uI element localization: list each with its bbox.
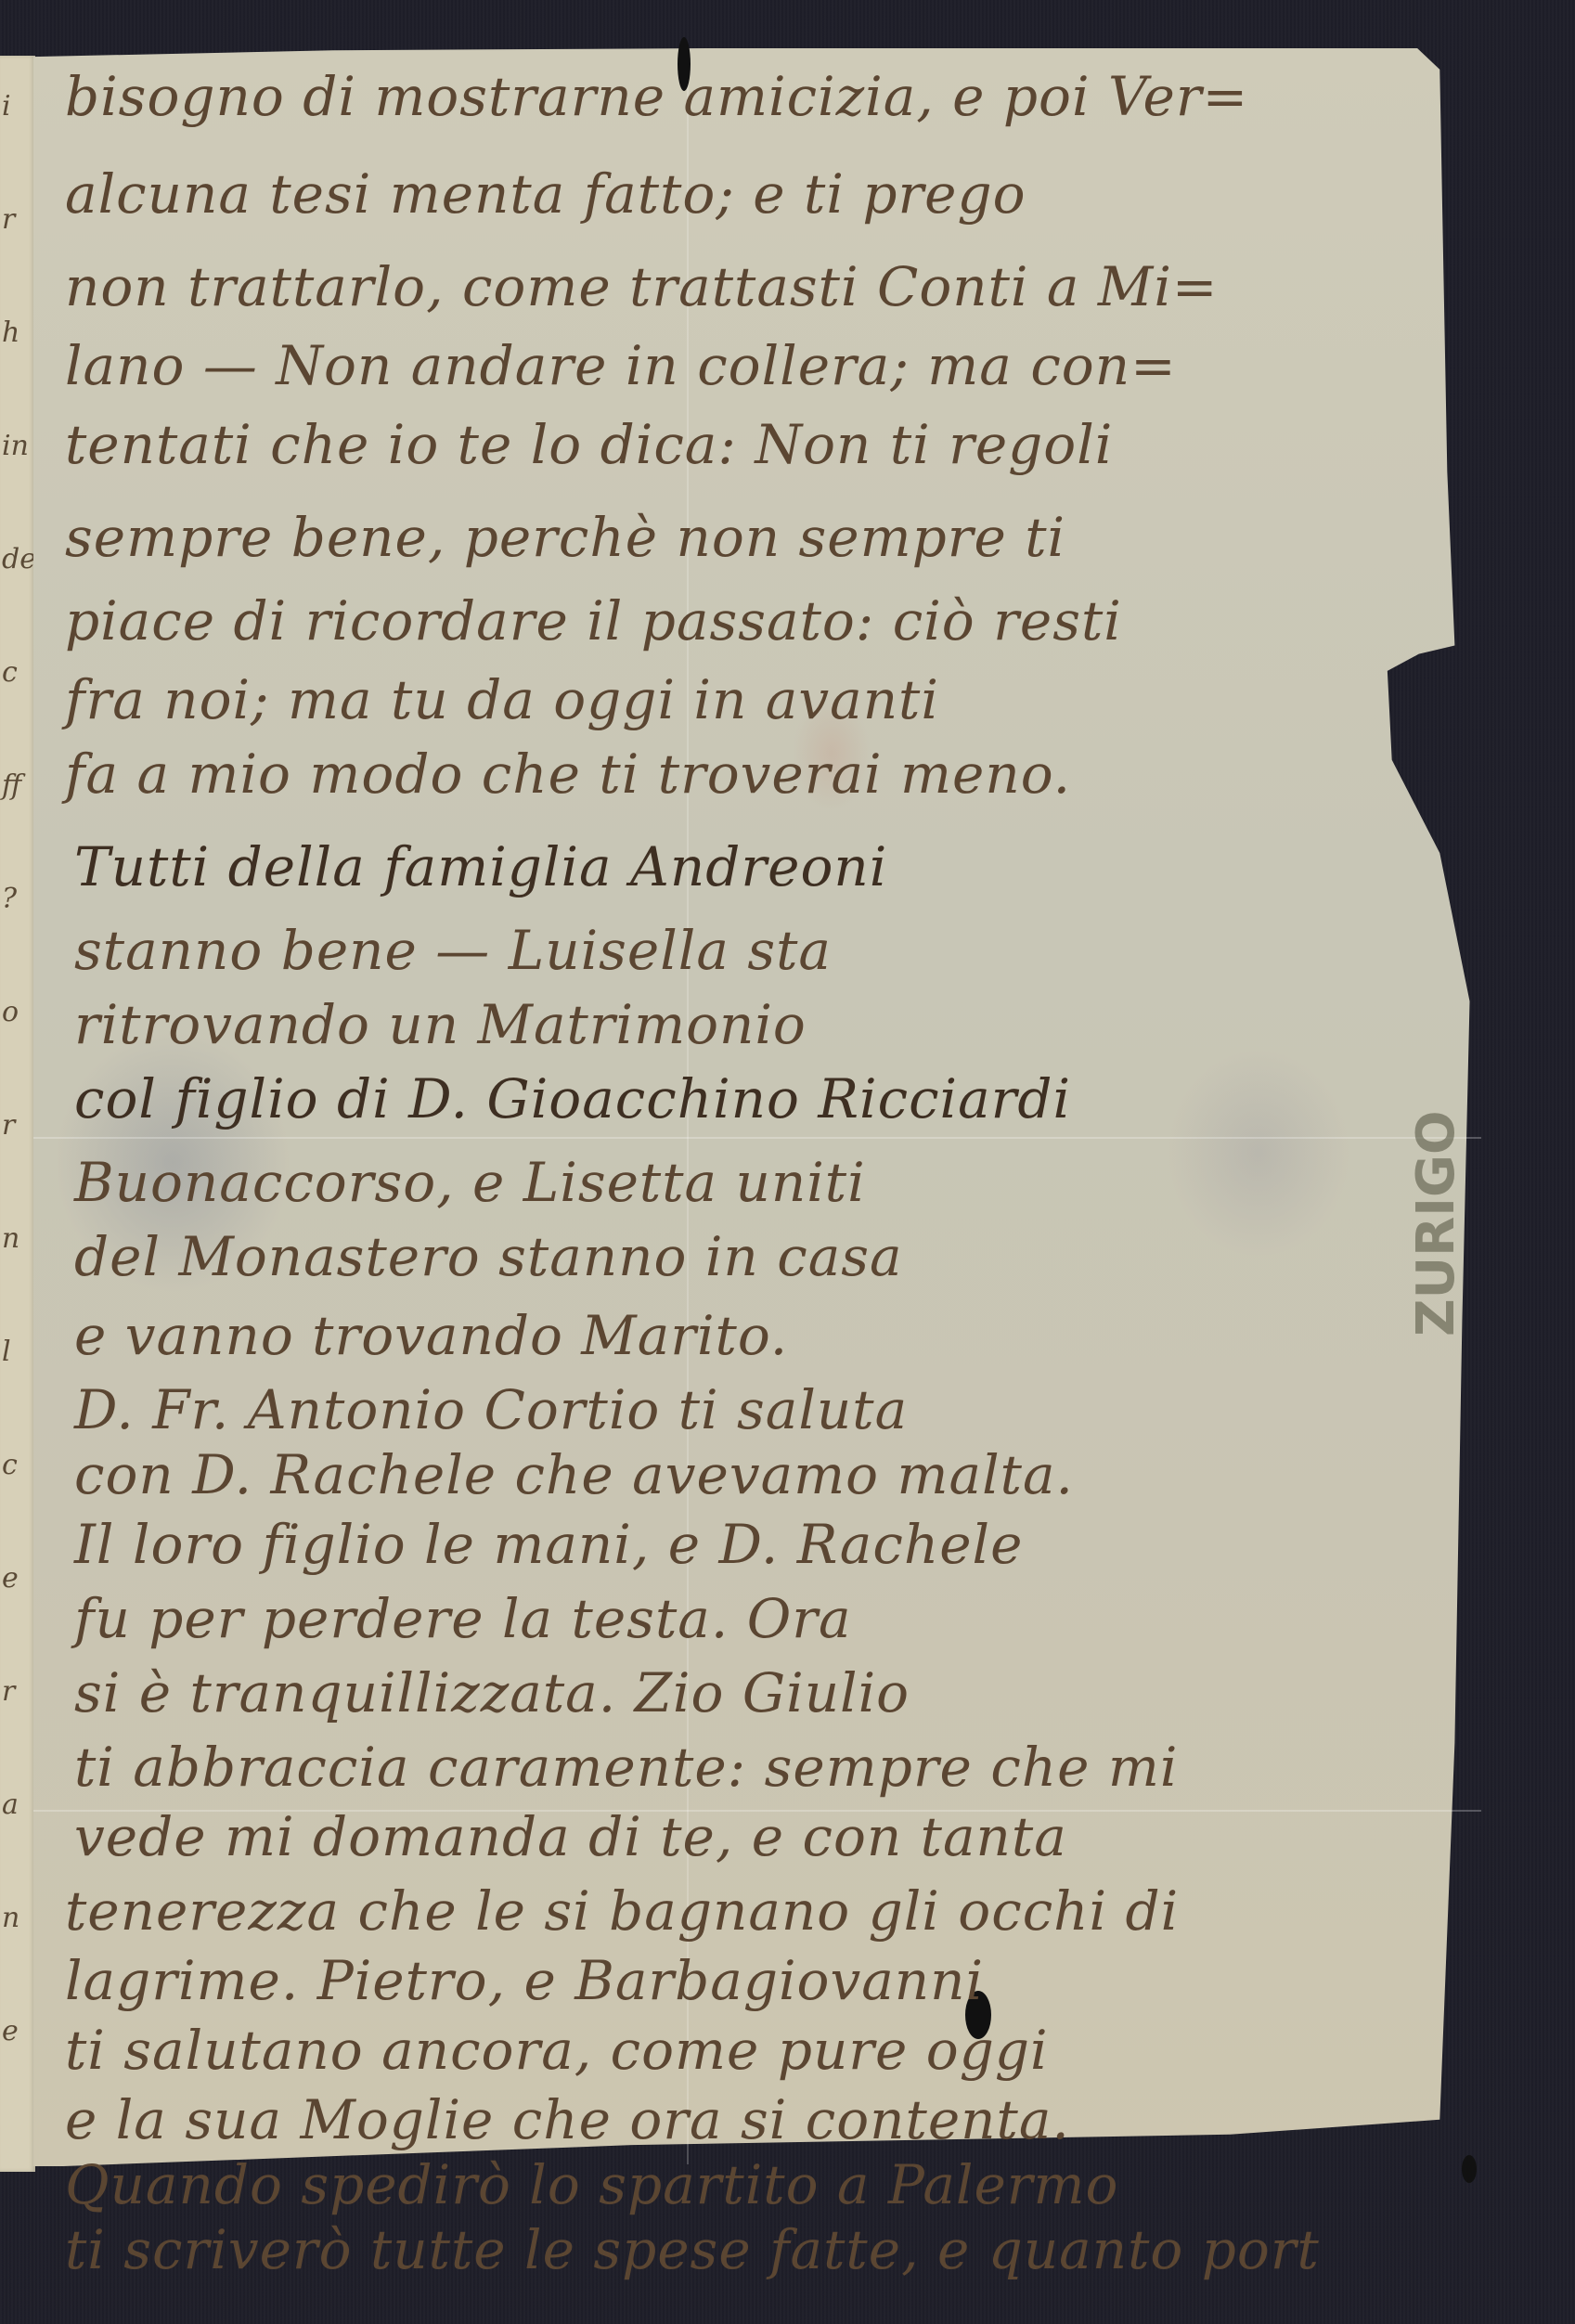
adjacent-page-fragment: n xyxy=(2,1225,19,1253)
letter-line: piace di ricordare il passato: ciò resti xyxy=(65,589,1122,652)
adjacent-page-fragment: l xyxy=(2,1338,11,1366)
letter-line: e la sua Moglie che ora si contenta. xyxy=(65,2088,1070,2151)
letter-line: ti abbraccia caramente: sempre che mi xyxy=(74,1736,1178,1799)
letter-line: si è tranquillizzata. Zio Giulio xyxy=(74,1661,910,1724)
letter-line: fa a mio modo che ti troverai meno. xyxy=(65,742,1071,806)
adjacent-page-fragment: e xyxy=(2,2018,19,2046)
faded-postal-stamp: ZURIGO xyxy=(1406,1110,1466,1336)
letter-line: sempre bene, perchè non sempre ti xyxy=(65,506,1065,569)
letter-line: fra noi; ma tu da oggi in avanti xyxy=(65,668,939,731)
letter-line: e vanno trovando Marito. xyxy=(74,1304,788,1367)
adjacent-page-fragment: r xyxy=(2,1678,15,1706)
ink-hole xyxy=(1462,2155,1477,2183)
adjacent-page-fragment: in xyxy=(2,433,29,460)
adjacent-page-fragment: o xyxy=(2,999,19,1026)
adjacent-page-fragment: i xyxy=(2,93,11,121)
letter-line: Buonaccorso, e Lisetta uniti xyxy=(74,1151,866,1214)
adjacent-page-fragment: c xyxy=(2,1452,18,1479)
letter-line: bisogno di mostrarne amicizia, e poi Ver… xyxy=(65,65,1248,128)
fold-line-horizontal xyxy=(33,1137,1481,1139)
adjacent-page-fragment: c xyxy=(2,659,18,687)
adjacent-page-fragment: r xyxy=(2,206,15,234)
letter-line: ritrovando un Matrimonio xyxy=(74,993,807,1056)
letter-line: Quando spedirò lo spartito a Palermo xyxy=(65,2153,1118,2216)
adjacent-page-fragment: e xyxy=(2,1565,19,1593)
letter-line: Tutti della famiglia Andreoni xyxy=(74,835,887,898)
adjacent-page-fragment: h xyxy=(2,319,19,347)
letter-line: alcuna tesi menta fatto; e ti prego xyxy=(65,162,1026,226)
adjacent-page-fragment: ff xyxy=(2,772,21,800)
letter-line: tenerezza che le si bagnano gli occhi di xyxy=(65,1879,1179,1943)
letter-line: stanno bene — Luisella sta xyxy=(74,919,832,982)
letter-line: fu per perdere la testa. Ora xyxy=(74,1587,852,1650)
letter-line: lagrime. Pietro, e Barbagiovanni xyxy=(65,1949,984,2012)
adjacent-page-fragment: a xyxy=(2,1791,19,1819)
adjacent-page-fragment: r xyxy=(2,1112,15,1140)
letter-line: non trattarlo, come trattasti Conti a Mi… xyxy=(65,255,1218,318)
adjacent-page-fragment: ? xyxy=(2,885,17,913)
letter-line: Il loro figlio le mani, e D. Rachele xyxy=(74,1513,1023,1576)
letter-line: vede mi domanda di te, e con tanta xyxy=(74,1805,1067,1868)
letter-line: del Monastero stanno in casa xyxy=(74,1225,903,1288)
adjacent-page-fragment: de xyxy=(2,546,36,574)
letter-line: lano — Non andare in collera; ma con= xyxy=(65,334,1177,397)
letter-line: D. Fr. Antonio Cortio ti saluta xyxy=(74,1378,908,1441)
letter-line: ti salutano ancora, come pure oggi xyxy=(65,2019,1049,2082)
adjacent-page-edge: irhindecff?ornlcerane xyxy=(0,56,35,2172)
letter-line: tentati che io te lo dica: Non ti regoli xyxy=(65,413,1113,476)
letter-line: con D. Rachele che avevamo malta. xyxy=(74,1443,1074,1506)
letter-line: ti scriverò tutte le spese fatte, e quan… xyxy=(65,2218,1320,2281)
adjacent-page-fragment: n xyxy=(2,1904,19,1932)
letter-line: col figlio di D. Gioacchino Ricciardi xyxy=(74,1067,1071,1130)
